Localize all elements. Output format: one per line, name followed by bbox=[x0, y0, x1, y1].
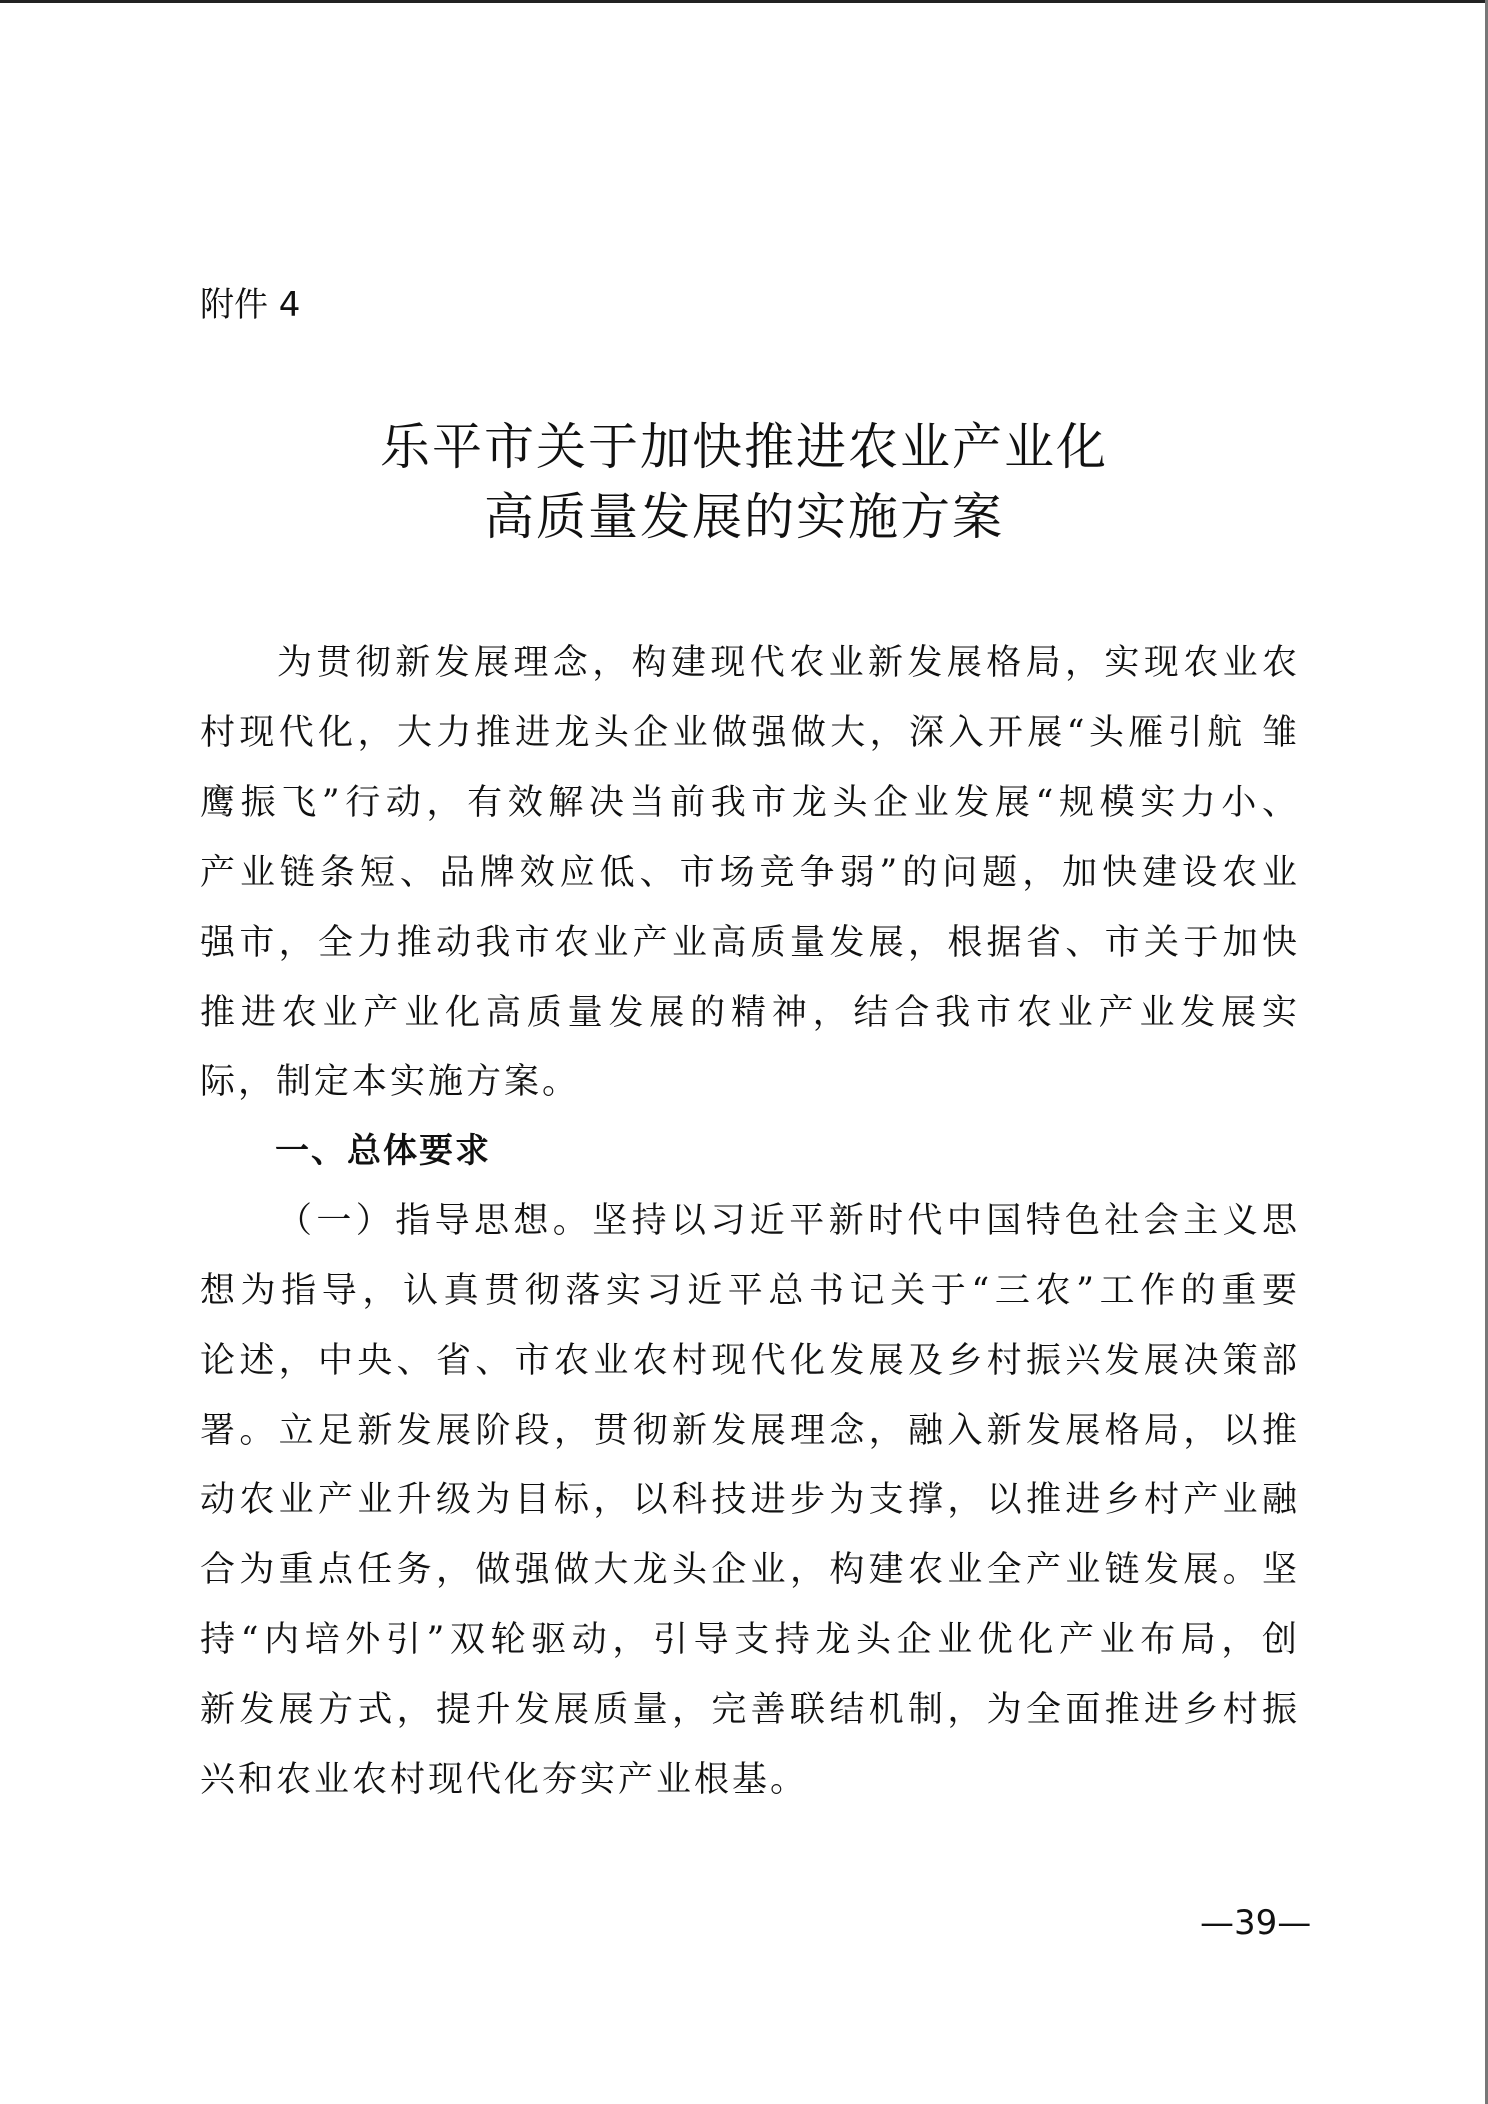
paragraph-line: 动农业产业升级为目标，以科技进步为支撑，以推进乡村产业融 bbox=[200, 1477, 1300, 1523]
paragraph-line: 兴和农业农村现代化夯实产业根基。 bbox=[200, 1757, 1300, 1803]
paragraph-line: 持“内培外引”双轮驱动，引导支持龙头企业优化产业布局，创 bbox=[200, 1617, 1300, 1663]
page-top-border bbox=[0, 0, 1488, 3]
paragraph-line: 新发展方式，提升发展质量，完善联结机制，为全面推进乡村振 bbox=[200, 1687, 1300, 1733]
section-heading: 一、总体要求 bbox=[275, 1128, 491, 1174]
paragraph-line: 强市，全力推动我市农业产业高质量发展，根据省、市关于加快 bbox=[200, 920, 1300, 966]
paragraph-line: 署。立足新发展阶段，贯彻新发展理念，融入新发展格局，以推 bbox=[200, 1408, 1300, 1454]
paragraph-line: 推进农业产业化高质量发展的精神，结合我市农业产业发展实 bbox=[200, 990, 1300, 1036]
document-title-line-2: 高质量发展的实施方案 bbox=[0, 486, 1488, 548]
document-title-line-1: 乐平市关于加快推进农业产业化 bbox=[0, 416, 1488, 478]
paragraph-line: 鹰振飞”行动，有效解决当前我市龙头企业发展“规模实力小、 bbox=[200, 780, 1300, 826]
paragraph-line: 产业链条短、品牌效应低、市场竞争弱”的问题，加快建设农业 bbox=[200, 850, 1300, 896]
attachment-label: 附件 4 bbox=[200, 282, 300, 328]
paragraph-line: 际，制定本实施方案。 bbox=[200, 1059, 1300, 1105]
paragraph-line: （一）指导思想。坚持以习近平新时代中国特色社会主义思 bbox=[277, 1198, 1300, 1244]
paragraph-line: 为贯彻新发展理念，构建现代农业新发展格局，实现农业农 bbox=[277, 640, 1300, 686]
paragraph-line: 想为指导，认真贯彻落实习近平总书记关于“三农”工作的重要 bbox=[200, 1268, 1300, 1314]
paragraph-line: 村现代化，大力推进龙头企业做强做大，深入开展“头雁引航 雏 bbox=[200, 710, 1300, 756]
paragraph-line: 论述，中央、省、市农业农村现代化发展及乡村振兴发展决策部 bbox=[200, 1338, 1300, 1384]
paragraph-line: 合为重点任务，做强做大龙头企业，构建农业全产业链发展。坚 bbox=[200, 1547, 1300, 1593]
page-number: —39— bbox=[1200, 1900, 1311, 1946]
